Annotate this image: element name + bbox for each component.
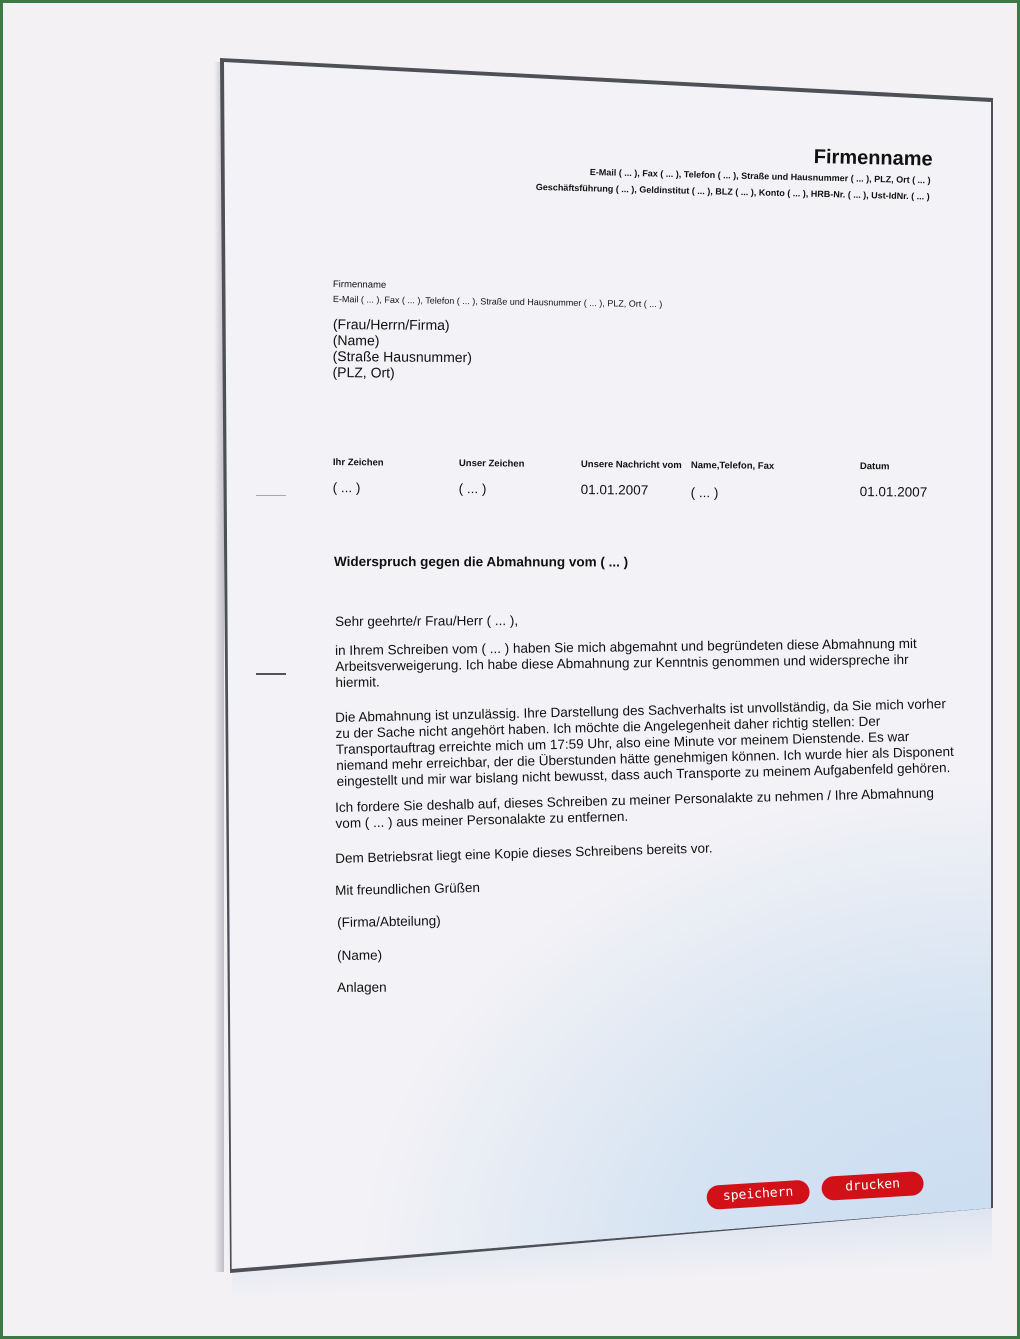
recipient-street-line: (Straße Hausnummer)	[333, 348, 472, 365]
letter-paragraph-1: in Ihrem Schreiben vom ( ... ) haben Sie…	[335, 636, 917, 691]
reference-field-our-message-date: Unsere Nachricht vom 01.01.2007	[581, 459, 682, 498]
print-button[interactable]: drucken	[821, 1171, 924, 1201]
letter-paragraph-3: Ich fordere Sie deshalb auf, dieses Schr…	[335, 785, 934, 832]
letter-paragraph-4: Dem Betriebsrat liegt eine Kopie dieses …	[335, 840, 713, 867]
save-button[interactable]: speichern	[706, 1180, 810, 1210]
reference-field-contact: Name,Telefon, Fax ( ... )	[691, 460, 775, 501]
recipient-city-line: (PLZ, Ort)	[332, 364, 471, 381]
reference-value: ( ... )	[333, 480, 384, 496]
reference-field-our-ref: Unser Zeichen ( ... )	[459, 458, 525, 497]
recipient-name-line: (Name)	[333, 332, 472, 349]
reference-value: ( ... )	[459, 481, 525, 497]
reference-field-date: Datum 01.01.2007	[860, 461, 928, 500]
document-content: Firmenname E-Mail ( ... ), Fax ( ... ), …	[0, 0, 1020, 1339]
reference-label: Name,Telefon, Fax	[691, 460, 774, 472]
attachments-label: Anlagen	[337, 980, 387, 996]
letterhead-company-name: Firmenname	[814, 146, 933, 171]
recipient-salutation-line: (Frau/Herrn/Firma)	[333, 316, 472, 333]
letterhead-company-details: Geschäftsführung ( ... ), Geldinstitut (…	[536, 182, 930, 202]
sender-company-name: Firmenname	[333, 279, 386, 291]
reference-label: Datum	[860, 461, 928, 473]
reference-value: ( ... )	[691, 485, 774, 501]
reference-field-your-ref: Ihr Zeichen ( ... )	[333, 457, 384, 496]
letter-paragraph-2: Die Abmahnung ist unzulässig. Ihre Darst…	[335, 696, 954, 790]
signature-name: (Name)	[337, 948, 382, 964]
letter-closing: Mit freundlichen Grüßen	[335, 880, 480, 899]
signature-department: (Firma/Abteilung)	[337, 913, 441, 931]
reference-label: Ihr Zeichen	[333, 457, 384, 469]
reference-label: Unser Zeichen	[459, 458, 525, 470]
reference-value: 01.01.2007	[581, 482, 682, 498]
letter-salutation: Sehr geehrte/r Frau/Herr ( ... ),	[335, 613, 518, 630]
recipient-address: (Frau/Herrn/Firma) (Name) (Straße Hausnu…	[332, 316, 472, 381]
reference-label: Unsere Nachricht vom	[581, 459, 682, 471]
sender-contact-line: E-Mail ( ... ), Fax ( ... ), Telefon ( .…	[333, 294, 663, 309]
reference-value: 01.01.2007	[860, 484, 928, 500]
letter-subject: Widerspruch gegen die Abmahnung vom ( ..…	[334, 554, 628, 570]
